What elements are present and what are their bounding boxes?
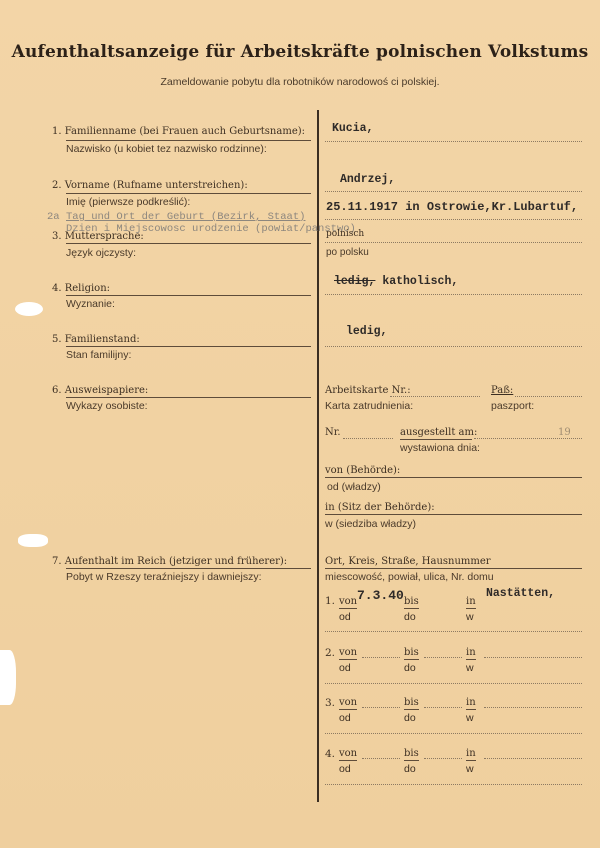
dotted-line <box>424 758 462 759</box>
dotted-line <box>325 346 582 347</box>
in-label: inw <box>466 647 476 674</box>
birth-date-place-value: 25.11.1917 in Ostrowie,Kr.Lubartuf, <box>326 200 578 214</box>
surname-value: Kucia, <box>332 122 373 135</box>
religion-value: ledig, katholisch, <box>334 275 458 288</box>
residence-row-num: 1. <box>325 595 335 607</box>
dotted-line <box>424 707 462 708</box>
field-4-label-de: 4. Religion: <box>52 283 110 294</box>
to-label: bisdo <box>404 596 419 623</box>
issued-label-de: ausgestellt am: <box>400 427 477 438</box>
residence-row-num: 4. <box>325 748 335 760</box>
document-page: Aufenthaltsanzeige für Arbeitskräfte pol… <box>0 0 600 848</box>
field-5-label-pl: Stan familijny: <box>66 349 131 361</box>
underline <box>325 477 582 478</box>
dotted-line <box>484 758 582 759</box>
from-label: vonod <box>339 748 357 775</box>
underline <box>66 295 311 296</box>
authority-seat-label-de: in (Sitz der Behörde): <box>325 502 435 513</box>
dotted-line <box>515 396 582 397</box>
page-title: Aufenthaltsanzeige für Arbeitskräfte pol… <box>0 42 600 62</box>
field-3-label-de: 3. Muttersprache: <box>52 231 144 242</box>
residence-place-value: Nastätten, <box>486 587 555 600</box>
from-label: vonod <box>339 697 357 724</box>
from-label: vonod <box>339 647 357 674</box>
passport-label-de: Paß: <box>491 385 513 396</box>
in-label: inw <box>466 596 476 623</box>
field-2-label-de: 2. Vorname (Rufname unterstreichen): <box>52 180 248 191</box>
dotted-line <box>474 438 582 439</box>
residence-row-num: 2. <box>325 647 335 659</box>
dotted-line <box>325 683 582 684</box>
residence-header-de: Ort, Kreis, Straße, Hausnummer <box>325 556 491 567</box>
dotted-line <box>325 242 582 243</box>
struck-text: ledig, <box>334 275 375 288</box>
underline <box>66 568 311 569</box>
field-6-label-de: 6. Ausweispapiere: <box>52 385 148 396</box>
underline <box>66 346 311 347</box>
authority-seat-label-pl: w (siedziba władzy) <box>325 518 416 530</box>
field-2a-num: 2a <box>47 211 60 223</box>
to-label: bisdo <box>404 697 419 724</box>
mother-tongue-value-pl: po polsku <box>326 247 369 258</box>
dotted-line <box>484 657 582 658</box>
dotted-line <box>325 631 582 632</box>
in-label: inw <box>466 748 476 775</box>
underline <box>325 514 582 515</box>
year-prefix: 19 <box>558 427 571 438</box>
from-label: vonod <box>339 596 357 623</box>
dotted-line <box>343 438 393 439</box>
field-1-label-pl: Nazwisko (u kobiet tez nazwisko rodzinne… <box>66 143 267 155</box>
religion-text: katholisch, <box>382 275 458 288</box>
marital-status-value: ledig, <box>346 325 387 338</box>
dotted-line <box>325 141 582 142</box>
field-7-label-de: 7. Aufenthalt im Reich (jetziger und frü… <box>52 556 287 567</box>
dotted-line <box>362 657 400 658</box>
mother-tongue-value-de: polnisch <box>326 229 364 239</box>
issued-label-pl: wystawiona dnia: <box>400 442 480 454</box>
dotted-line <box>325 219 582 220</box>
field-4-label-pl: Wyznanie: <box>66 298 115 310</box>
column-divider <box>317 110 319 802</box>
in-label: inw <box>466 697 476 724</box>
dotted-line <box>325 784 582 785</box>
field-5-label-de: 5. Familienstand: <box>52 334 140 345</box>
to-label: bisdo <box>404 748 419 775</box>
dotted-line <box>325 733 582 734</box>
underline <box>66 140 311 141</box>
dotted-line <box>390 396 480 397</box>
paper-tear <box>0 650 16 705</box>
dotted-line <box>362 707 400 708</box>
dotted-line <box>484 707 582 708</box>
authority-label-pl: od (władzy) <box>327 481 381 493</box>
dotted-line <box>325 294 582 295</box>
field-7-label-pl: Pobyt w Rzeszy teraźniejszy i dawniejszy… <box>66 571 262 583</box>
to-label: bisdo <box>404 647 419 674</box>
field-3-label-pl: Język ojczysty: <box>66 247 136 259</box>
paper-hole <box>18 534 48 547</box>
residence-from-value: 7.3.40 <box>357 588 404 603</box>
underline <box>66 397 311 398</box>
dotted-line <box>325 191 582 192</box>
underline <box>325 568 582 569</box>
field-2-label-pl: Imię (pierwsze podkreślić): <box>66 196 190 208</box>
residence-header-pl: miescowość, powiał, ulica, Nr. domu <box>325 571 494 583</box>
field-1-label-de: 1. Familienname (bei Frauen auch Geburts… <box>52 126 305 137</box>
field-6-label-pl: Wykazy osobiste: <box>66 400 148 412</box>
underline <box>66 193 311 194</box>
work-card-label-de: Arbeitskarte Nr.: <box>325 385 411 396</box>
dotted-line <box>362 758 400 759</box>
underline <box>66 243 311 244</box>
page-subtitle: Zameldowanie pobytu dla robotników narod… <box>0 76 600 88</box>
passport-label-pl: paszport: <box>491 400 534 412</box>
authority-label-de: von (Behörde): <box>325 465 400 476</box>
work-card-label-pl: Karta zatrudnienia: <box>325 400 413 412</box>
field-2a-label-de: Tag und Ort der Geburt (Bezirk, Staat) <box>66 211 305 223</box>
dotted-line <box>424 657 462 658</box>
underline <box>400 439 472 440</box>
paper-hole <box>15 302 43 316</box>
number-label: Nr. <box>325 427 341 438</box>
first-name-value: Andrzej, <box>340 173 395 186</box>
residence-row-num: 3. <box>325 697 335 709</box>
